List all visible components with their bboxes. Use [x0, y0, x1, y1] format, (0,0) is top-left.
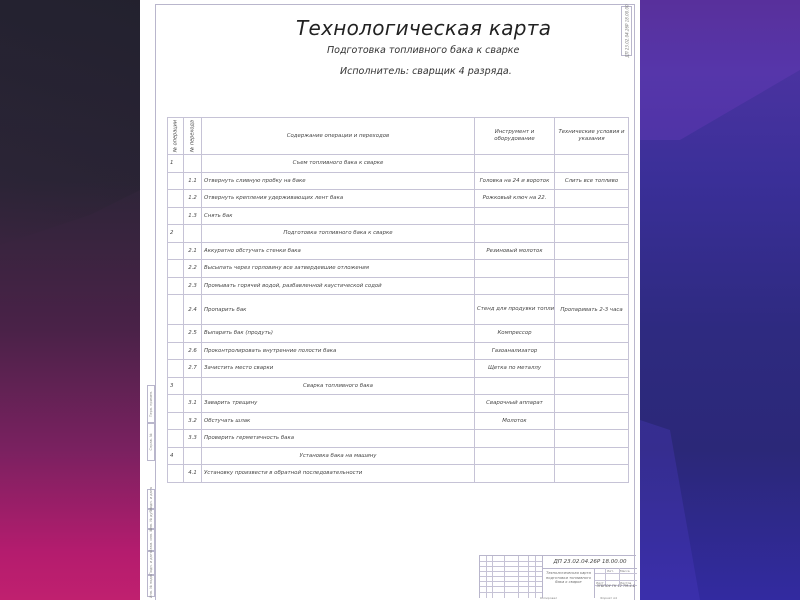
cell-step-no: 2.7 [184, 360, 202, 378]
cell-tool [475, 260, 555, 278]
cell-content: Съем топливного бака к сварке [202, 155, 475, 173]
title-block-right: Лит. Масса Лист Листов [594, 568, 637, 598]
cell-operation-no [168, 260, 184, 278]
cell-conditions [555, 465, 629, 483]
cell-content: Снять бак [202, 207, 475, 225]
cell-step-no [184, 155, 202, 173]
cell-step-no: 3.2 [184, 412, 202, 430]
table-row: 2.7Зачистить место сваркиЩетка по металл… [168, 360, 629, 378]
cell-operation-no: 2 [168, 225, 184, 243]
cell-tool [475, 377, 555, 395]
cell-conditions [555, 155, 629, 173]
cell-operation-no [168, 242, 184, 260]
table-section-row: 2Подготовка топливного бака к сварке [168, 225, 629, 243]
cell-step-no [184, 225, 202, 243]
cell-content: Проконтролировать внутренние полости бак… [202, 342, 475, 360]
table-section-row: 3Сварка топливного бака [168, 377, 629, 395]
cell-conditions [555, 325, 629, 343]
cell-conditions [555, 190, 629, 208]
cell-content: Обстучать шлак [202, 412, 475, 430]
cell-operation-no [168, 342, 184, 360]
cell-tool [475, 155, 555, 173]
cell-operation-no: 1 [168, 155, 184, 173]
table-row: 1.3Снять бак [168, 207, 629, 225]
cell-tool: Головка на 24 и вороток [475, 172, 555, 190]
table-row: 3.2Обстучать шлакМолоток [168, 412, 629, 430]
side-stamp-text: ДП 23.02.04.26Р 18.00.00 [624, 4, 629, 57]
cell-step-no: 1.2 [184, 190, 202, 208]
cell-content: Аккуратно обстучать стенки бака [202, 242, 475, 260]
cell-content: Отвернуть крепления удерживающих лент ба… [202, 190, 475, 208]
cell-conditions [555, 395, 629, 413]
background-right [640, 0, 800, 600]
cell-operation-no: 3 [168, 377, 184, 395]
cell-conditions [555, 342, 629, 360]
title-block: ДП 23.02.04.26Р 18.00.00 Технологическая… [479, 555, 636, 598]
cell-operation-no [168, 190, 184, 208]
cell-conditions [555, 412, 629, 430]
left-stamp-cell: Подп. и дата [147, 551, 155, 575]
cell-step-no: 2.5 [184, 325, 202, 343]
cell-conditions [555, 260, 629, 278]
cell-operation-no [168, 360, 184, 378]
cell-tool [475, 447, 555, 465]
cell-step-no: 1.3 [184, 207, 202, 225]
header-operation-no: № операции [168, 118, 184, 155]
table-row: 2.4Пропарить бакСтенд для продувки топли… [168, 295, 629, 325]
cell-step-no: 3.1 [184, 395, 202, 413]
left-stamp-cell: Перв. примен. [147, 385, 155, 423]
header-conditions: Технические условия и указания [555, 118, 629, 155]
cell-operation-no [168, 295, 184, 325]
cell-step-no [184, 447, 202, 465]
cell-step-no: 1.1 [184, 172, 202, 190]
title-block-organization: ЗГБПОУ ГК 12 ТМ-4-Б [596, 584, 636, 588]
cell-operation-no [168, 277, 184, 295]
background-left [0, 0, 140, 600]
cell-step-no: 3.3 [184, 430, 202, 448]
left-stamp-cell: Справ. № [147, 423, 155, 461]
header-step-no: № перехода [184, 118, 202, 155]
footer-copied: Копировал [540, 596, 557, 600]
table-section-row: 4Установка бака на машину [168, 447, 629, 465]
cell-operation-no [168, 465, 184, 483]
cell-operation-no [168, 412, 184, 430]
cell-content: Заварить трещину [202, 395, 475, 413]
cell-operation-no: 4 [168, 447, 184, 465]
cell-conditions [555, 430, 629, 448]
table-row: 2.1Аккуратно обстучать стенки бакаРезино… [168, 242, 629, 260]
cell-conditions [555, 277, 629, 295]
cell-step-no: 4.1 [184, 465, 202, 483]
header-tools: Инструмент и оборудование [475, 118, 555, 155]
table-row: 2.2Высыпать через горловину все затверде… [168, 260, 629, 278]
table-row: 2.3Промывать горячей водой, разбавленной… [168, 277, 629, 295]
left-stamp: Перв. примен. Справ. № Подп. и дата Инв.… [147, 385, 155, 597]
cell-content: Пропарить бак [202, 295, 475, 325]
header-content: Содержание операции и переходов [202, 118, 475, 155]
title-block-name: Технологическая карта подготовки топливн… [542, 568, 594, 598]
cell-conditions [555, 242, 629, 260]
cell-tool: Щетка по металлу [475, 360, 555, 378]
cell-operation-no [168, 172, 184, 190]
cell-tool [475, 207, 555, 225]
cell-conditions [555, 447, 629, 465]
cell-conditions: Слить все топливо [555, 172, 629, 190]
cell-content: Установка бака на машину [202, 447, 475, 465]
table-row: 1.1Отвернуть сливную пробку на бакеГолов… [168, 172, 629, 190]
table-row: 3.3Проверить герметичность бака [168, 430, 629, 448]
cell-content: Проверить герметичность бака [202, 430, 475, 448]
cell-conditions [555, 225, 629, 243]
cell-conditions [555, 377, 629, 395]
cell-tool [475, 277, 555, 295]
cell-tool [475, 430, 555, 448]
left-stamp-cell: Инв. № подл. [147, 575, 155, 597]
cell-conditions: Пропаривать 2-3 часа [555, 295, 629, 325]
cell-content: Промывать горячей водой, разбавленной ка… [202, 277, 475, 295]
left-stamp-cell: Инв. № дубл. [147, 509, 155, 529]
cell-content: Зачистить место сварки [202, 360, 475, 378]
cell-step-no: 2.6 [184, 342, 202, 360]
document-subtitle: Подготовка топливного бака к сварке [327, 45, 519, 56]
table-section-row: 1Съем топливного бака к сварке [168, 155, 629, 173]
document-title: Технологическая карта [296, 16, 551, 40]
table-row: 1.2Отвернуть крепления удерживающих лент… [168, 190, 629, 208]
cell-content: Сварка топливного бака [202, 377, 475, 395]
cell-tool [475, 225, 555, 243]
cell-tool: Стенд для продувки топливных баков СПСП-… [475, 295, 555, 325]
cell-tool: Молоток [475, 412, 555, 430]
cell-conditions [555, 360, 629, 378]
cell-content: Выпарить бак (продуть) [202, 325, 475, 343]
cell-tool: Компрессор [475, 325, 555, 343]
cell-tool: Газоанализатор [475, 342, 555, 360]
cell-content: Установку произвести в обратной последов… [202, 465, 475, 483]
table-body: 1Съем топливного бака к сварке1.1Отверну… [168, 155, 629, 483]
title-block-grid [480, 556, 542, 598]
document-executor: Исполнитель: сварщик 4 разряда. [340, 66, 512, 77]
cell-tool: Резиновый молоток [475, 242, 555, 260]
cell-content: Высыпать через горловину все затвердевши… [202, 260, 475, 278]
cell-content: Подготовка топливного бака к сварке [202, 225, 475, 243]
cell-operation-no [168, 207, 184, 225]
cell-step-no [184, 377, 202, 395]
cell-operation-no [168, 325, 184, 343]
table-row: 4.1Установку произвести в обратной после… [168, 465, 629, 483]
footer-format: Формат A4 [600, 596, 617, 600]
cell-step-no: 2.4 [184, 295, 202, 325]
table-row: 2.5Выпарить бак (продуть)Компрессор [168, 325, 629, 343]
cell-tool: Сварочный аппарат [475, 395, 555, 413]
side-stamp: ДП 23.02.04.26Р 18.00.00 [621, 6, 632, 56]
cell-tool: Рожковый ключ на 22. [475, 190, 555, 208]
cell-operation-no [168, 395, 184, 413]
table-row: 3.1Заварить трещинуСварочный аппарат [168, 395, 629, 413]
left-stamp-cell: Подп. и дата [147, 489, 155, 509]
cell-step-no: 2.3 [184, 277, 202, 295]
cell-step-no: 2.2 [184, 260, 202, 278]
cell-step-no: 2.1 [184, 242, 202, 260]
technology-card-table: № операции № перехода Содержание операци… [167, 117, 629, 483]
left-stamp-cell: Взам. инв. № [147, 529, 155, 551]
table-row: 2.6Проконтролировать внутренние полости … [168, 342, 629, 360]
cell-conditions [555, 207, 629, 225]
cell-tool [475, 465, 555, 483]
cell-operation-no [168, 430, 184, 448]
cell-content: Отвернуть сливную пробку на баке [202, 172, 475, 190]
table-header-row: № операции № перехода Содержание операци… [168, 118, 629, 155]
